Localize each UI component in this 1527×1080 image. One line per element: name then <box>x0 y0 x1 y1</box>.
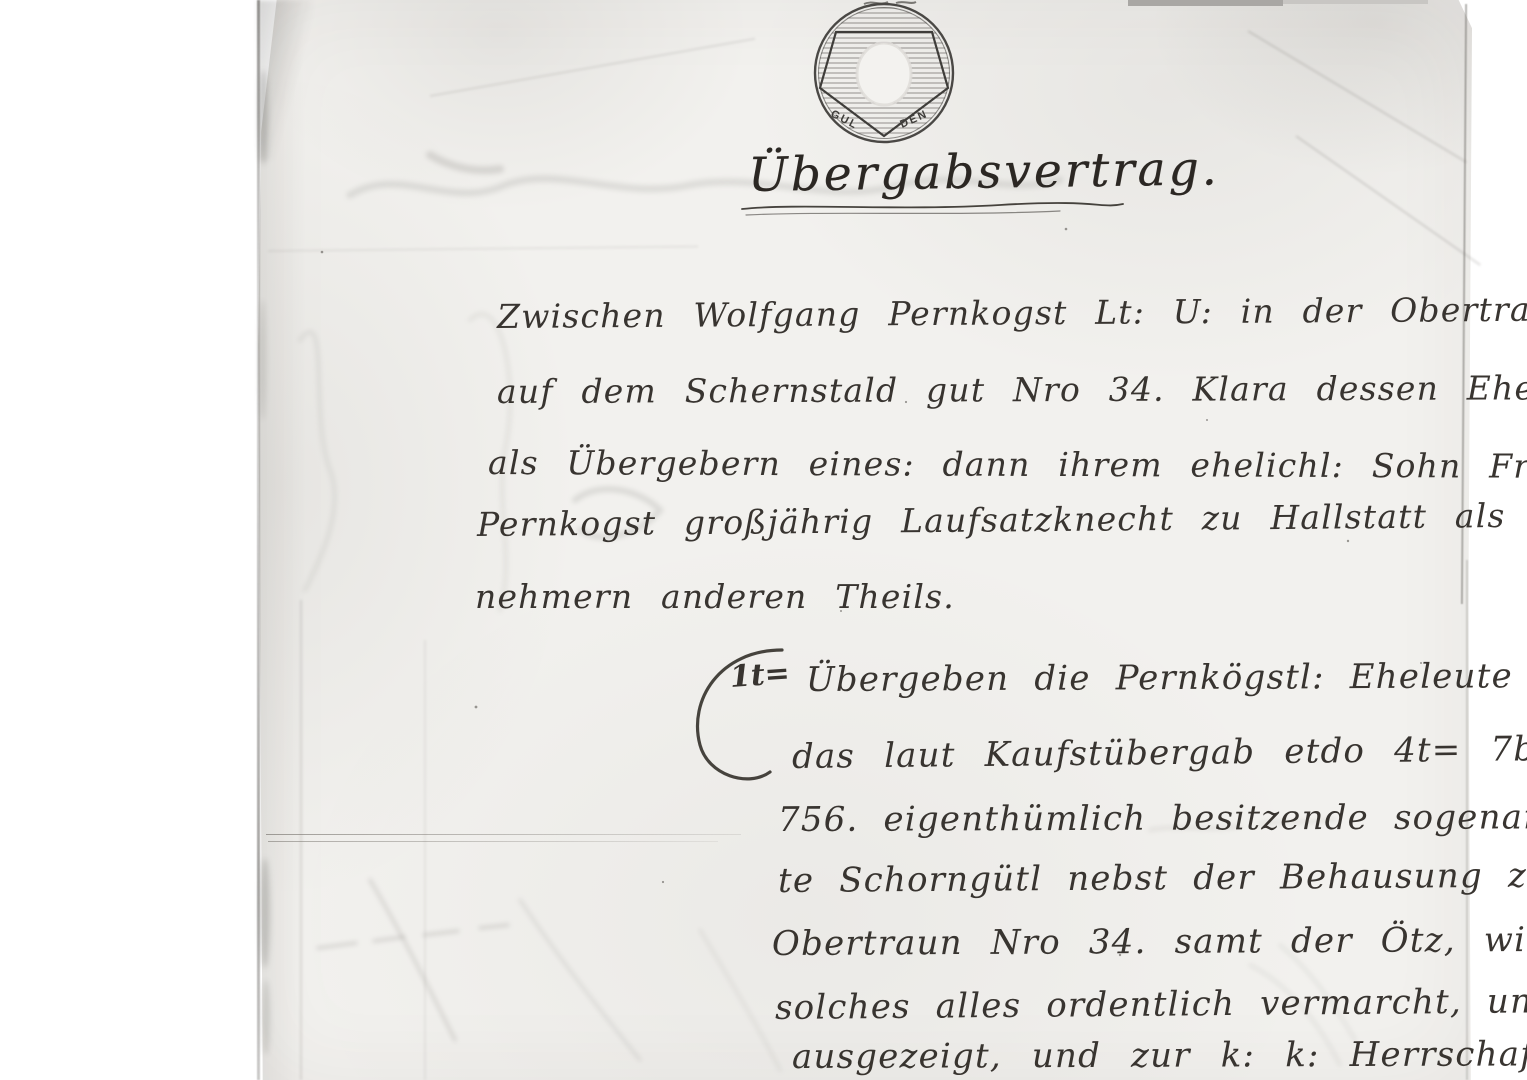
body-line: Zwischen Wolfgang Pernkogst Lt: U: in de… <box>497 289 1527 336</box>
body-line: Obertraun Nro 34. samt der Ötz, wie <box>772 920 1527 964</box>
body-line: 756. eigenthümlich besitzende sogenann= <box>778 797 1527 840</box>
body-line: nehmern anderen Theils. <box>475 577 955 616</box>
body-line: das laut Kaufstübergab etdo 4t= 7ber <box>792 729 1527 777</box>
pencil-line <box>268 841 718 842</box>
scanned-document-page: GUL DEN Übergabsvertrag. Zwischen Wolfga… <box>0 0 1527 1080</box>
body-line: solches alles ordentlich vermarcht, und <box>775 981 1527 1028</box>
item-number: 1t= <box>729 656 791 695</box>
body-line: auf dem Schernstald gut Nro 34. Klara de… <box>497 368 1527 411</box>
pencil-line <box>266 834 741 835</box>
document-title: Übergabsvertrag. <box>748 141 1220 203</box>
body-line: ausgezeigt, und zur k: k: Herrschaft <box>792 1034 1527 1077</box>
body-line: Übergeben die Pernkögstl: Eheleute <box>806 656 1513 700</box>
body-line: te Schorngütl nebst der Behausung zu <box>778 856 1527 901</box>
body-line: als Übergebern eines: dann ihrem ehelich… <box>488 443 1527 486</box>
title-underline <box>742 203 1123 209</box>
